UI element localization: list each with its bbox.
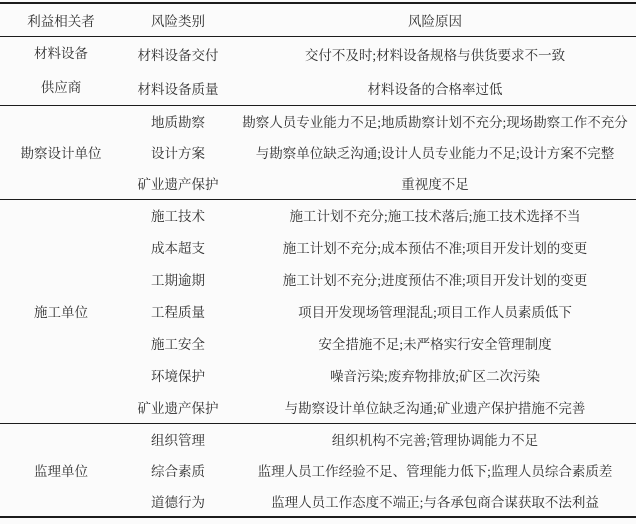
category-cell: 施工安全 — [122, 327, 234, 359]
reason-cell: 监理人员工作态度不端正;与各承包商合谋获取不法利益 — [234, 486, 636, 517]
stakeholder-cell-survey-design: 勘察设计单位 — [0, 105, 122, 199]
category-cell: 组织管理 — [122, 423, 234, 454]
reason-cell: 交付不及时;材料设备规格与供货要求不一致 — [234, 36, 636, 71]
table-row: 监理单位 组织管理 组织机构不完善;管理协调能力不足 — [0, 423, 636, 454]
reason-cell: 材料设备的合格率过低 — [234, 71, 636, 106]
header-category: 风险类别 — [122, 3, 234, 36]
category-cell: 施工技术 — [122, 199, 234, 231]
reason-cell: 项目开发现场管理混乱;项目工作人员素质低下 — [234, 295, 636, 327]
table-row: 勘察设计单位 地质勘察 勘察人员专业能力不足;地质勘察计划不充分;现场勘察工作不… — [0, 105, 636, 136]
stakeholder-cell-supplier: 材料设备 供应商 — [0, 36, 122, 105]
reason-cell: 与勘察单位缺乏沟通;设计人员专业能力不足;设计方案不完整 — [234, 136, 636, 168]
table-row: 施工单位 施工技术 施工计划不充分;施工技术落后;施工技术选择不当 — [0, 199, 636, 231]
reason-cell: 施工计划不充分;施工技术落后;施工技术选择不当 — [234, 199, 636, 231]
paper-table-page: 利益相关者 风险类别 风险原因 材料设备 供应商 材料设备交付 交付不及时;材料… — [0, 0, 636, 518]
reason-cell: 安全措施不足;未严格实行安全管理制度 — [234, 327, 636, 359]
header-row: 利益相关者 风险类别 风险原因 — [0, 3, 636, 36]
reason-cell: 施工计划不充分;进度预估不准;项目开发计划的变更 — [234, 263, 636, 295]
stakeholder-line: 材料设备 — [0, 37, 122, 71]
stakeholder-line: 供应商 — [0, 71, 122, 105]
table-row: 材料设备 供应商 材料设备交付 交付不及时;材料设备规格与供货要求不一致 — [0, 36, 636, 71]
category-cell: 成本超支 — [122, 231, 234, 263]
stakeholder-cell-construction: 施工单位 — [0, 199, 122, 423]
category-cell: 地质勘察 — [122, 105, 234, 136]
header-stakeholder: 利益相关者 — [0, 3, 122, 36]
reason-cell: 施工计划不充分;成本预估不准;项目开发计划的变更 — [234, 231, 636, 263]
risk-table: 利益相关者 风险类别 风险原因 材料设备 供应商 材料设备交付 交付不及时;材料… — [0, 2, 636, 518]
category-cell: 矿业遗产保护 — [122, 391, 234, 423]
stakeholder-cell-supervision: 监理单位 — [0, 423, 122, 517]
category-cell: 材料设备质量 — [122, 71, 234, 106]
category-cell: 综合素质 — [122, 454, 234, 486]
category-cell: 工期逾期 — [122, 263, 234, 295]
reason-cell: 重视度不足 — [234, 168, 636, 199]
reason-cell: 监理人员工作经验不足、管理能力低下;监理人员综合素质差 — [234, 454, 636, 486]
reason-cell: 组织机构不完善;管理协调能力不足 — [234, 423, 636, 454]
category-cell: 环境保护 — [122, 359, 234, 391]
reason-cell: 噪音污染;废弃物排放;矿区二次污染 — [234, 359, 636, 391]
header-reason: 风险原因 — [234, 3, 636, 36]
category-cell: 设计方案 — [122, 136, 234, 168]
category-cell: 矿业遗产保护 — [122, 168, 234, 199]
category-cell: 材料设备交付 — [122, 36, 234, 71]
reason-cell: 与勘察设计单位缺乏沟通;矿业遗产保护措施不完善 — [234, 391, 636, 423]
category-cell: 工程质量 — [122, 295, 234, 327]
category-cell: 道德行为 — [122, 486, 234, 517]
reason-cell: 勘察人员专业能力不足;地质勘察计划不充分;现场勘察工作不充分 — [234, 105, 636, 136]
